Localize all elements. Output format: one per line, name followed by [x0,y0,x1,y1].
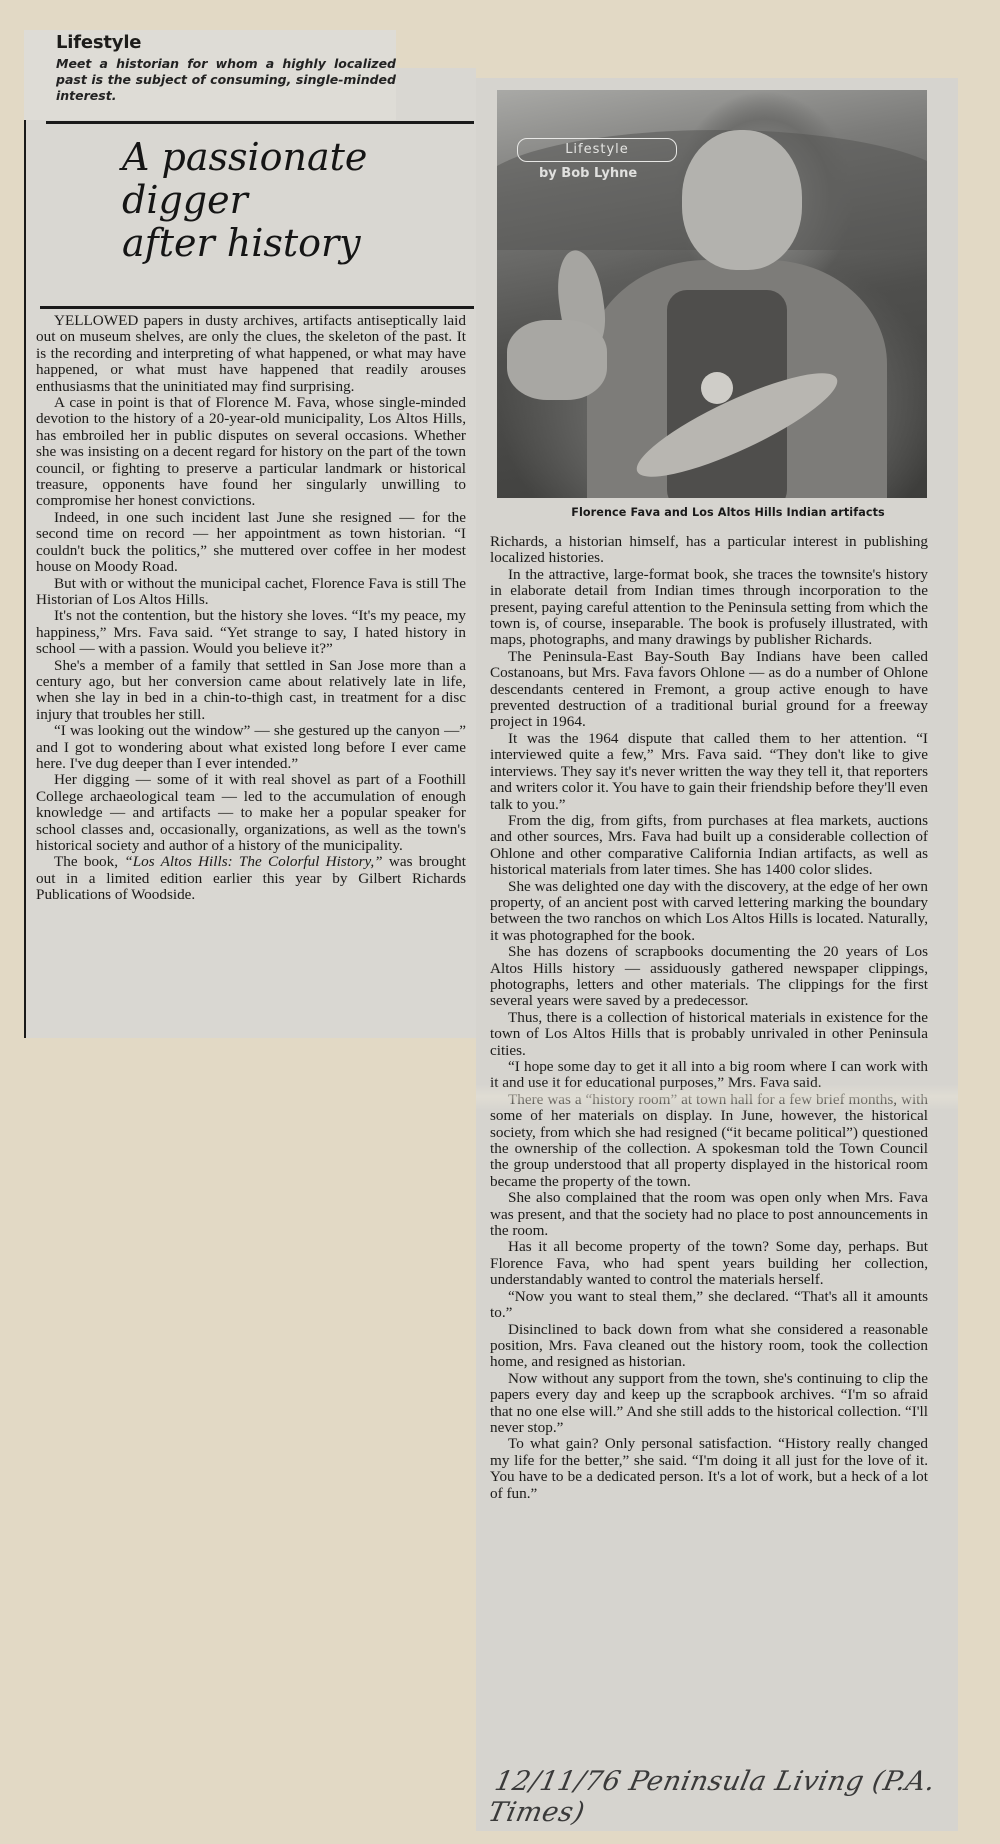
article-paragraph: In the attractive, large-format book, sh… [490,567,928,649]
photo-hand [507,320,607,400]
article-paragraph: She was delighted one day with the disco… [490,879,928,945]
article-paragraph: She's a member of a family that settled … [36,658,466,724]
kicker-box: Lifestyle Meet a historian for whom a hi… [24,30,396,120]
article-paragraph: It was the 1964 dispute that called them… [490,731,928,813]
photo-caption: Florence Fava and Los Altos Hills Indian… [538,506,918,519]
paragraph-text: The book, [54,853,124,870]
article-paragraph: Thus, there is a collection of historica… [490,1010,928,1059]
article-paragraph: YELLOWED papers in dusty archives, artif… [36,313,466,395]
article-paragraph: To what gain? Only personal satisfaction… [490,1436,928,1502]
headline-line-3: after history [122,222,452,265]
article-paragraph: Disinclined to back down from what she c… [490,1322,928,1371]
portrait-photo: Lifestyle by Bob Lyhne [497,90,927,498]
article-paragraph: The Peninsula-East Bay-South Bay Indians… [490,649,928,731]
paper-fold [476,1084,958,1110]
headline: A passionate digger after history [122,136,452,265]
article-paragraph: She has dozens of scrapbooks documenting… [490,944,928,1010]
article-paragraph: Has it all become property of the town? … [490,1239,928,1288]
headline-line-2: digger [122,179,452,222]
section-label: Lifestyle [56,32,141,53]
article-paragraph: Her digging — some of it with real shove… [36,772,466,854]
book-title: “Los Altos Hills: The Colorful History,” [124,853,382,870]
article-paragraph: Now without any support from the town, s… [490,1371,928,1437]
article-column-left: YELLOWED papers in dusty archives, artif… [36,313,466,904]
photo-byline: by Bob Lyhne [539,166,637,181]
article-paragraph: From the dig, from gifts, from purchases… [490,813,928,879]
article-paragraph: She also complained that the room was op… [490,1190,928,1239]
article-paragraph: “Now you want to steal them,” she declar… [490,1289,928,1322]
handwritten-note: 12/11/76 Peninsula Living (P.A. Times) [485,1766,1000,1828]
article-paragraph: Richards, a historian himself, has a par… [490,534,928,567]
article-paragraph: A case in point is that of Florence M. F… [36,395,466,510]
deck-text: Meet a historian for whom a highly local… [56,56,396,104]
article-paragraph: The book, “Los Altos Hills: The Colorful… [36,854,466,903]
article-paragraph: It's not the contention, but the history… [36,608,466,657]
headline-line-1: A passionate [122,136,452,179]
article-paragraph: But with or without the municipal cachet… [36,576,466,609]
photo-section-badge: Lifestyle [517,138,677,162]
article-paragraph: “I was looking out the window” — she ges… [36,723,466,772]
article-column-right: Richards, a historian himself, has a par… [490,534,928,1502]
photo-figure-face [682,130,802,270]
top-rule [46,121,474,124]
photo-pendant [701,372,733,404]
left-border-rule [24,120,26,1038]
headline-bottom-rule [40,306,474,309]
article-paragraph: Indeed, in one such incident last June s… [36,510,466,576]
